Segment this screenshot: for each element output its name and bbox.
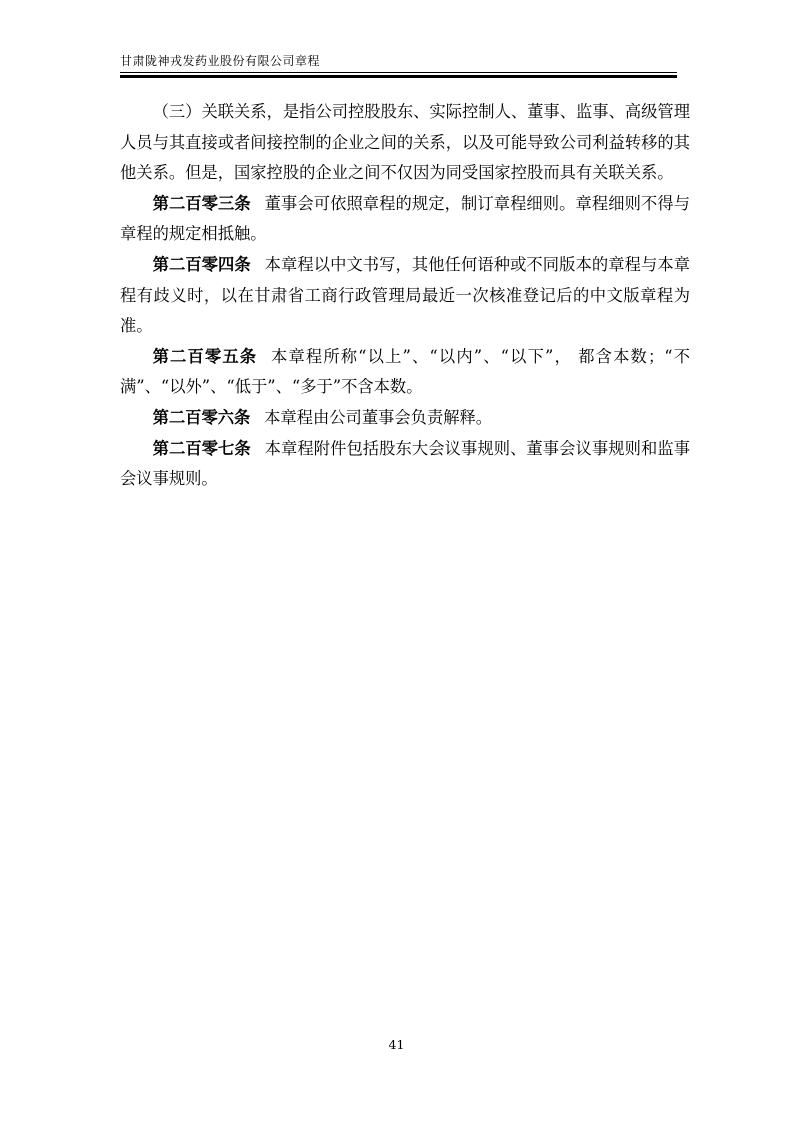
paragraph-text: 本章程由公司董事会负责解释。 <box>264 408 492 427</box>
paragraph-text: （三）关联关系，是指公司控股股东、实际控制人、董事、监事、高级管理人员与其直接或… <box>120 102 690 182</box>
paragraph-article-207: 第二百零七条本章程附件包括股东大会议事规则、董事会议事规则和监事会议事规则。 <box>120 434 690 495</box>
article-number: 第二百零四条 <box>153 255 251 274</box>
paragraph-article-206: 第二百零六条本章程由公司董事会负责解释。 <box>120 403 690 434</box>
paragraph-related-relations: （三）关联关系，是指公司控股股东、实际控制人、董事、监事、高级管理人员与其直接或… <box>120 97 690 189</box>
header-title: 甘肃陇神戎发药业股份有限公司章程 <box>120 52 677 70</box>
page-header: 甘肃陇神戎发药业股份有限公司章程 <box>120 52 677 78</box>
page-footer: 41 <box>0 1036 793 1054</box>
document-body: （三）关联关系，是指公司控股股东、实际控制人、董事、监事、高级管理人员与其直接或… <box>120 97 690 495</box>
header-rule-thin <box>120 72 677 73</box>
article-number: 第二百零三条 <box>153 194 251 213</box>
document-page: 甘肃陇神戎发药业股份有限公司章程 （三）关联关系，是指公司控股股东、实际控制人、… <box>0 0 793 1122</box>
header-rule-thick <box>120 75 677 78</box>
article-number: 第二百零七条 <box>153 439 251 458</box>
article-number: 第二百零六条 <box>153 408 251 427</box>
article-number: 第二百零五条 <box>153 347 258 366</box>
paragraph-article-205: 第二百零五条本章程所称“以上”、“以内”、“以下”， 都含本数；“不满”、“以外… <box>120 342 690 403</box>
page-number: 41 <box>389 1037 405 1052</box>
paragraph-article-203: 第二百零三条董事会可依照章程的规定，制订章程细则。章程细则不得与章程的规定相抵触… <box>120 189 690 250</box>
paragraph-article-204: 第二百零四条本章程以中文书写，其他任何语种或不同版本的章程与本章程有歧义时，以在… <box>120 250 690 342</box>
